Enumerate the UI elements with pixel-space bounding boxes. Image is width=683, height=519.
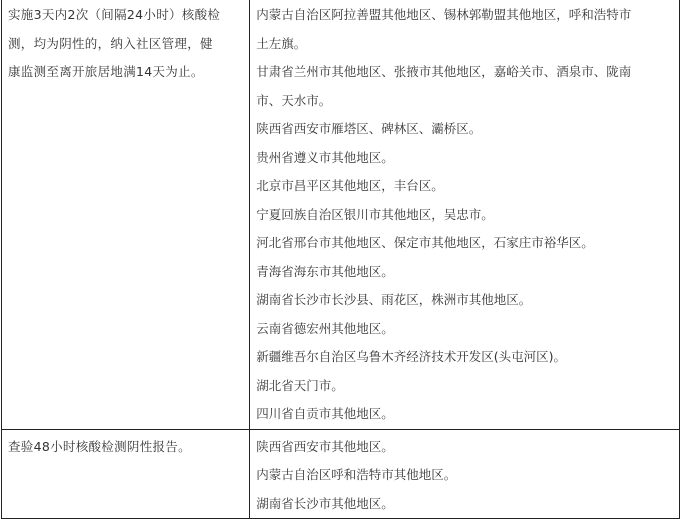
area-line: 四川省自贡市其他地区。 xyxy=(256,400,673,429)
requirement-line: 测，均为阴性的，纳入社区管理，健 xyxy=(8,30,243,59)
area-line: 土左旗。 xyxy=(256,30,673,59)
area-line: 湖南省长沙市长沙县、雨花区，株洲市其他地区。 xyxy=(256,286,673,315)
area-line: 新疆维吾尔自治区乌鲁木齐经济技术开发区(头屯河区)。 xyxy=(256,343,673,372)
requirement-line: 实施3天内2次（间隔24小时）核酸检 xyxy=(8,1,243,30)
area-line: 宁夏回族自治区银川市其他地区，吴忠市。 xyxy=(256,201,673,230)
requirement-line: 查验48小时核酸检测阴性报告。 xyxy=(8,433,243,462)
area-line: 湖北省天门市。 xyxy=(256,372,673,401)
area-line: 陕西省西安市雁塔区、碑林区、灞桥区。 xyxy=(256,115,673,144)
areas-cell: 内蒙古自治区阿拉善盟其他地区、锡林郭勒盟其他地区，呼和浩特市 土左旗。 甘肃省兰… xyxy=(250,0,680,429)
area-line: 内蒙古自治区呼和浩特市其他地区。 xyxy=(256,461,673,490)
area-line: 市、天水市。 xyxy=(256,87,673,116)
requirement-line: 康监测至离开旅居地满14天为止。 xyxy=(8,58,243,87)
table-row: 查验48小时核酸检测阴性报告。 陕西省西安市其他地区。 内蒙古自治区呼和浩特市其… xyxy=(2,429,680,510)
areas-cell: 陕西省西安市其他地区。 内蒙古自治区呼和浩特市其他地区。 湖南省长沙市其他地区。 xyxy=(250,429,680,510)
area-line: 青海省海东市其他地区。 xyxy=(256,258,673,287)
area-line: 贵州省遵义市其他地区。 xyxy=(256,144,673,173)
area-line: 河北省邢台市其他地区、保定市其他地区，石家庄市裕华区。 xyxy=(256,229,673,258)
requirement-cell: 实施3天内2次（间隔24小时）核酸检 测，均为阴性的，纳入社区管理，健 康监测至… xyxy=(2,0,250,429)
area-line: 湖南省长沙市其他地区。 xyxy=(256,490,673,511)
requirement-cell: 查验48小时核酸检测阴性报告。 xyxy=(2,429,250,510)
area-line: 陕西省西安市其他地区。 xyxy=(256,433,673,462)
area-line: 云南省德宏州其他地区。 xyxy=(256,315,673,344)
area-line: 北京市昌平区其他地区，丰台区。 xyxy=(256,172,673,201)
area-line: 甘肃省兰州市其他地区、张掖市其他地区，嘉峪关市、酒泉市、陇南 xyxy=(256,58,673,87)
policy-table: 实施3天内2次（间隔24小时）核酸检 测，均为阴性的，纳入社区管理，健 康监测至… xyxy=(1,0,680,510)
area-line: 内蒙古自治区阿拉善盟其他地区、锡林郭勒盟其他地区，呼和浩特市 xyxy=(256,1,673,30)
table-row: 实施3天内2次（间隔24小时）核酸检 测，均为阴性的，纳入社区管理，健 康监测至… xyxy=(2,0,680,429)
